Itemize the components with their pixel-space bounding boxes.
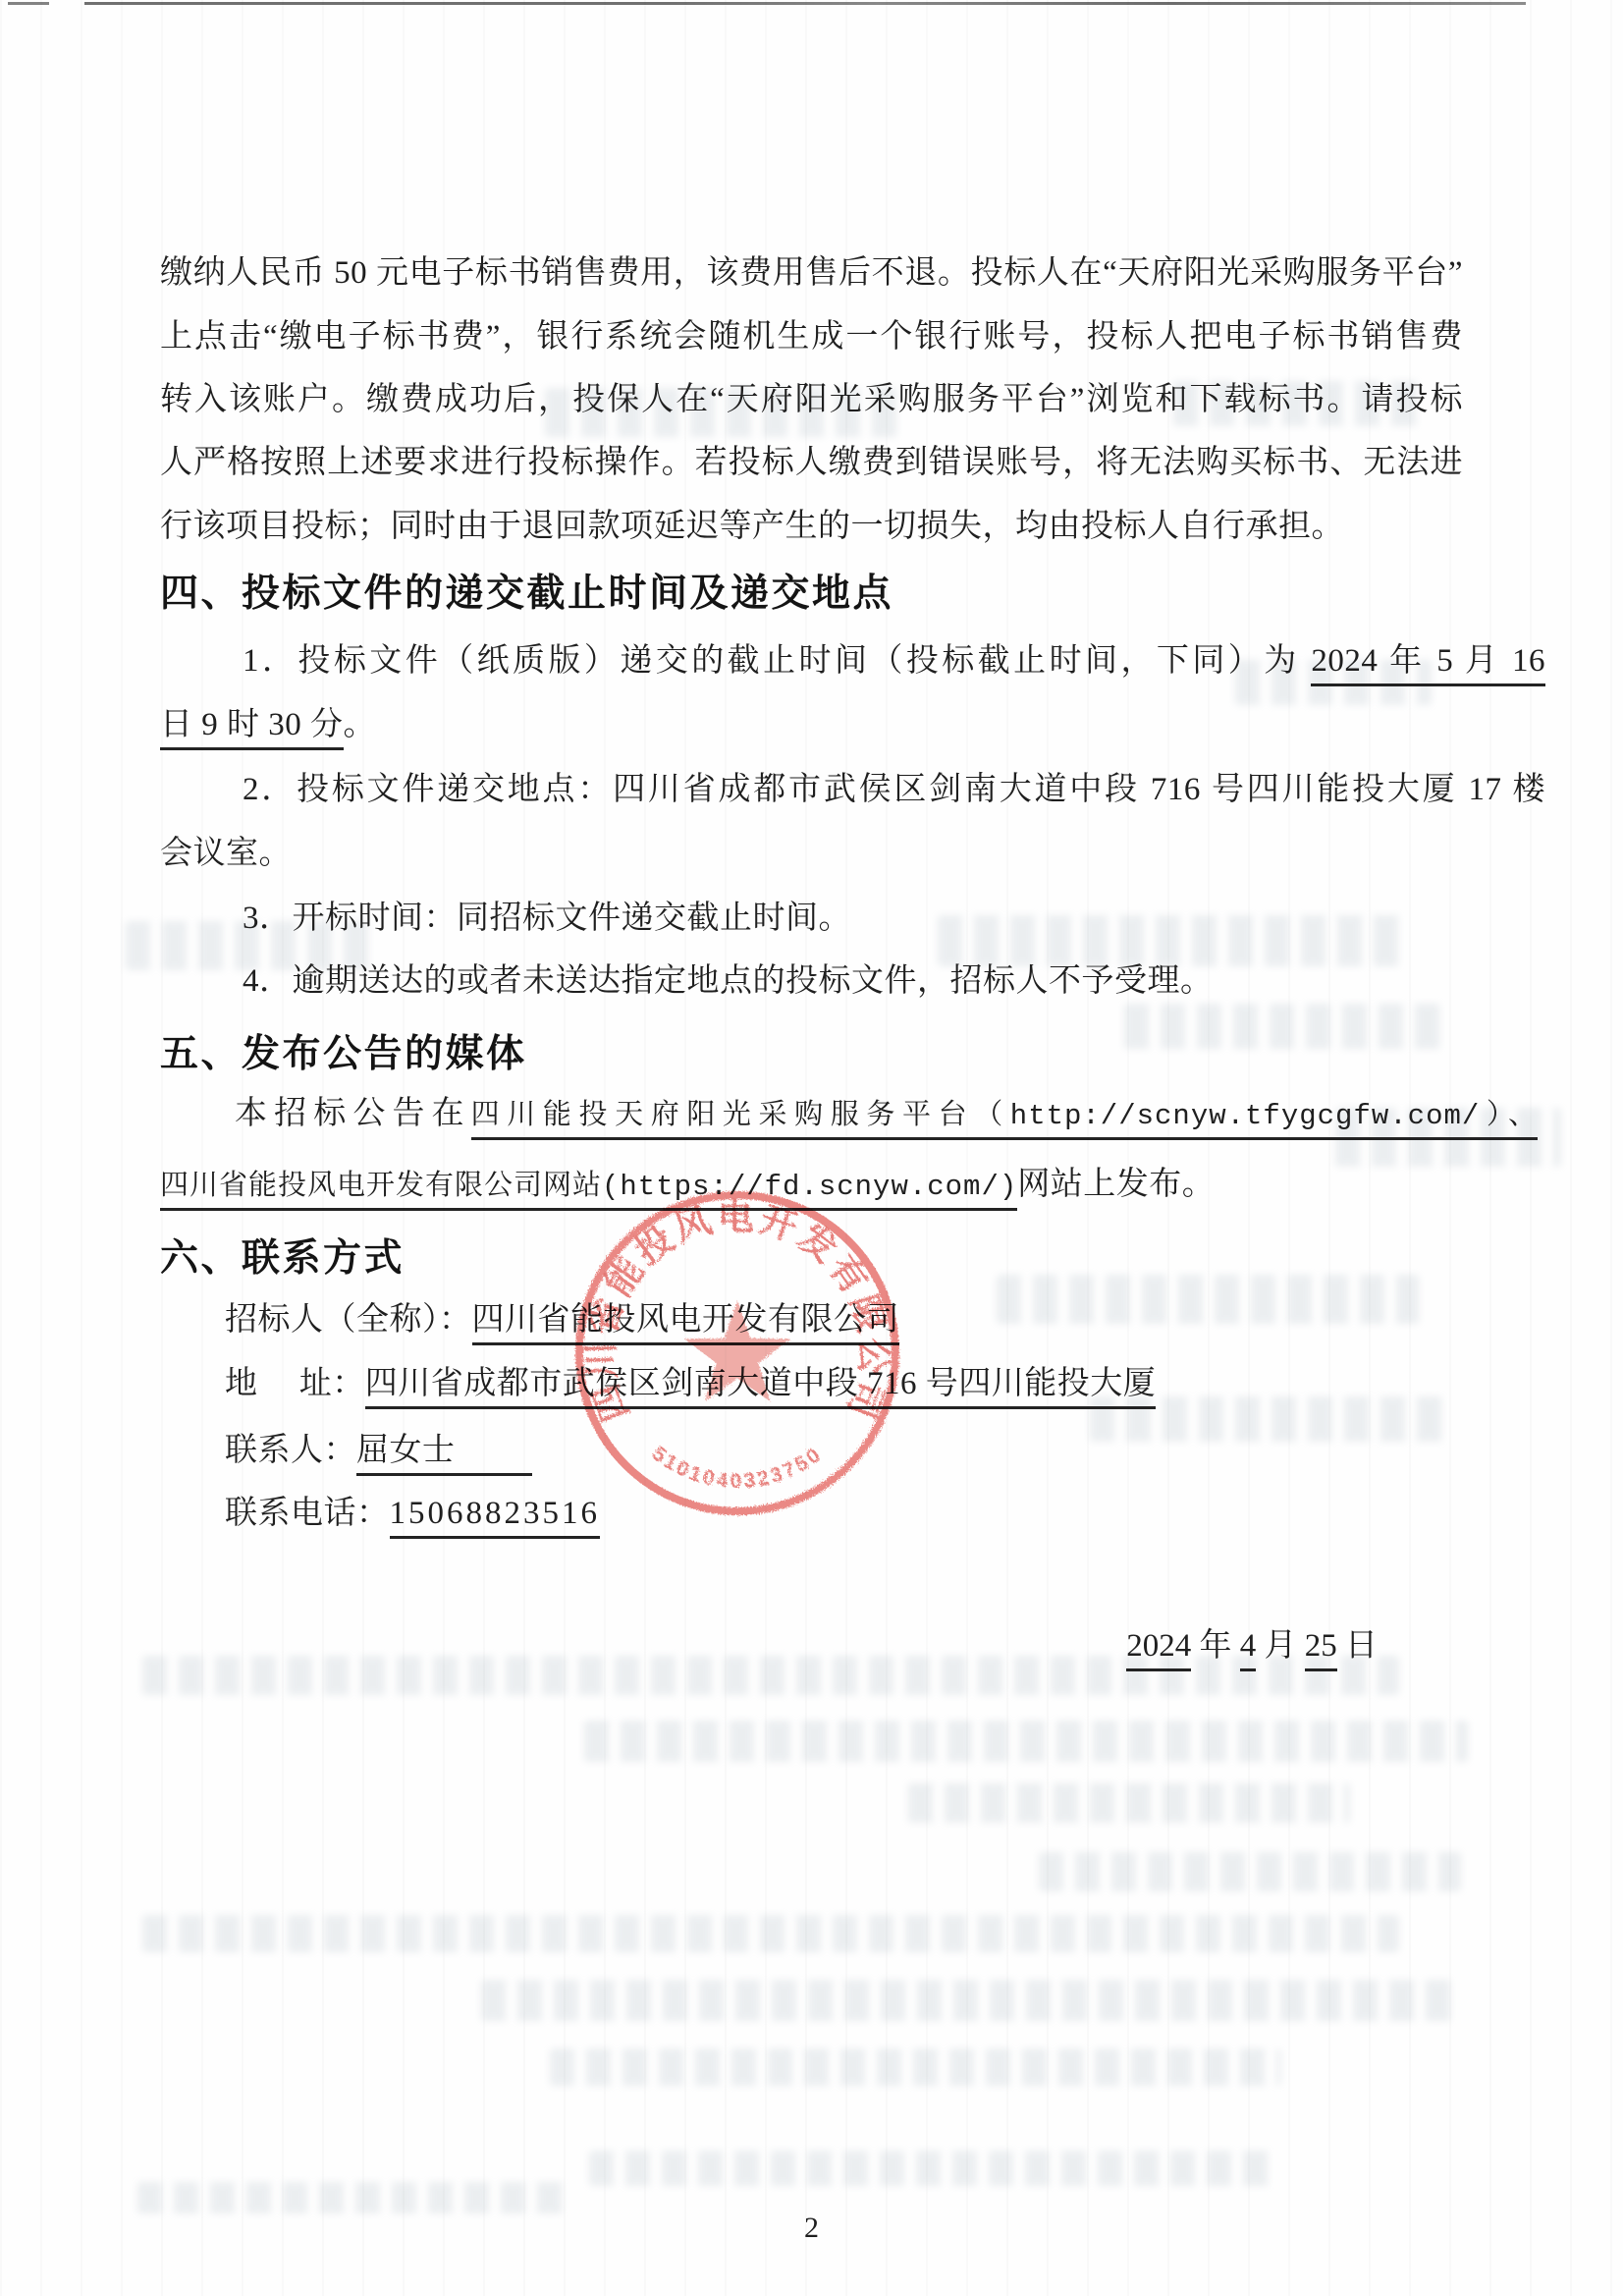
address-label: 地 址： [225,1366,365,1401]
phone-number-underlined: 15068823516 [390,1496,601,1539]
date-year-underlined: 2024 [1126,1628,1191,1671]
bid-deadline-time-underlined: 日 9 时 30 分 [160,707,344,750]
scan-artifact-dash [8,2,49,5]
bleedthrough-artifact [137,2182,569,2214]
intro-line-3: 转入该账户。缴费成功后，投保人在“天府阳光采购服务平台”浏览和下载标书。请投标 [160,382,1463,419]
bleedthrough-artifact [481,1980,1453,2021]
bleedthrough-artifact [1124,1004,1448,1049]
page-number: 2 [0,2212,1623,2245]
bid-deadline-date-underlined: 2024 年 5 月 16 [1311,643,1545,686]
contact-person-row: 联系人：屈女士 [160,1433,532,1470]
section4-item1-line2: 日 9 时 30 分。 [160,707,376,744]
intro-line-2: 上点击“缴电子标书费”，银行系统会随机生成一个银行账号，投标人把电子标书销售费 [160,319,1463,356]
section4-item2-line1: 2．投标文件递交地点：四川省成都市武侯区剑南大道中段 716 号四川能投大厦 1… [160,772,1545,809]
bleedthrough-artifact [550,2049,1281,2086]
date-month-underlined: 4 [1240,1628,1257,1671]
bidder-label: 招标人（全称）： [225,1302,472,1338]
contact-person-name-underlined: 屈女士 [356,1433,532,1476]
seal-star-icon [684,1300,790,1401]
bleedthrough-artifact [908,1783,1350,1823]
period: 。 [344,707,377,742]
company-seal: 四川省能投风电开发有限公司 5101040323750 [569,1183,905,1523]
intro-line-4: 人严格按照上述要求进行投标操作。若投标人缴费到错误账号，将无法购买标书、无法进 [160,445,1463,482]
section6-heading: 六、联系方式 [160,1228,405,1283]
date-month-unit: 月 [1256,1628,1305,1664]
date-day-unit: 日 [1337,1628,1378,1664]
phone-label: 联系电话： [225,1496,390,1531]
section4-item2-line2: 会议室。 [160,836,292,873]
date-year-unit: 年 [1191,1628,1240,1664]
intro-line-5: 行该项目投标；同时由于退回款项延迟等产生的一切损失，均由投标人自行承担。 [160,509,1344,546]
scan-artifact-line [84,2,1526,5]
section4-item1-line1: 1．投标文件（纸质版）递交的截止时间（投标截止时间，下同）为 2024 年 5 … [160,643,1545,681]
section5-line1: 本招标公告在四川能投天府阳光采购服务平台（http://scnyw.tfygcg… [160,1096,1538,1133]
bleedthrough-artifact [142,1915,1399,1952]
section5-heading: 五、发布公告的媒体 [160,1023,527,1078]
seal-registration-code: 5101040323750 [648,1443,827,1493]
intro-line-1: 缴纳人民币 50 元电子标书销售费用，该费用售后不退。投标人在“天府阳光采购服务… [160,255,1463,293]
date-day-underlined: 25 [1305,1628,1337,1671]
phone-row: 联系电话：15068823516 [160,1496,600,1533]
platform-url-underlined: 四川能投天府阳光采购服务平台（http://scnyw.tfygcgfw.com… [471,1100,1538,1140]
bleedthrough-artifact [938,915,1409,966]
bleedthrough-artifact [997,1275,1419,1324]
item1-text: 1．投标文件（纸质版）递交的截止时间（投标截止时间，下同）为 [243,643,1311,679]
document-date: 2024 年 4 月 25 日 [1126,1619,1378,1666]
bleedthrough-artifact [589,2151,1276,2186]
announcement-suffix: 网站上发布。 [1017,1167,1215,1202]
section4-heading: 四、投标文件的递交截止时间及递交地点 [160,563,893,618]
bleedthrough-artifact [1039,1852,1461,1891]
announcement-prefix: 本招标公告在 [235,1096,471,1131]
scanned-document-page: 缴纳人民币 50 元电子标书销售费用，该费用售后不退。投标人在“天府阳光采购服务… [0,0,1623,2296]
contact-person-label: 联系人： [225,1433,356,1468]
bleedthrough-artifact [584,1721,1468,1762]
section4-item3: 3．开标时间：同招标文件递交截止时间。 [160,901,851,938]
svg-text:5101040323750: 5101040323750 [648,1443,827,1493]
section4-item4: 4．逾期送达的或者未送达指定地点的投标文件，招标人不予受理。 [160,963,1214,1001]
